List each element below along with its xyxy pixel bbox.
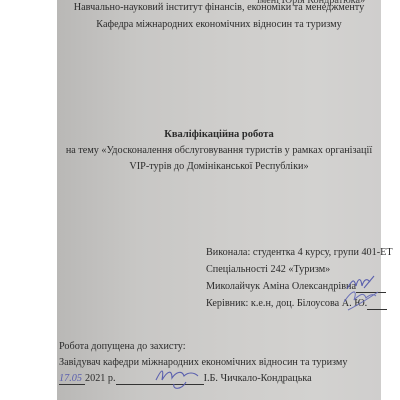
document-page: імені Юрія Кондратюка» Навчально-наукови… xyxy=(57,0,381,400)
head-name: І.Б. Чичкало-Кондрацька xyxy=(204,373,312,384)
approval-date-handwritten: 17.05 xyxy=(59,373,85,385)
performed-by: Виконала: студентка 4 курсу, групи 401-Е… xyxy=(206,247,393,258)
supervisor-signature-icon xyxy=(342,286,382,316)
topic-line-2: VIP-турів до Домініканської Республіки» xyxy=(57,161,381,172)
admitted-label: Робота допущена до захисту: xyxy=(59,341,186,352)
head-signature-icon xyxy=(152,366,212,392)
topic-line-1: на тему «Удосконалення обслуговування ту… xyxy=(57,145,381,156)
institute-name: Навчально-науковий інститут фінансів, ек… xyxy=(57,2,381,13)
student-name: Миколайчук Аміна Олександрівна xyxy=(206,281,356,292)
approval-year: 2021 р. xyxy=(85,373,116,384)
specialty: Спеціальності 242 «Туризм» xyxy=(206,264,330,275)
document-title: Кваліфікаційна робота xyxy=(57,129,381,140)
department-name: Кафедра міжнародних економічних відносин… xyxy=(57,19,381,30)
